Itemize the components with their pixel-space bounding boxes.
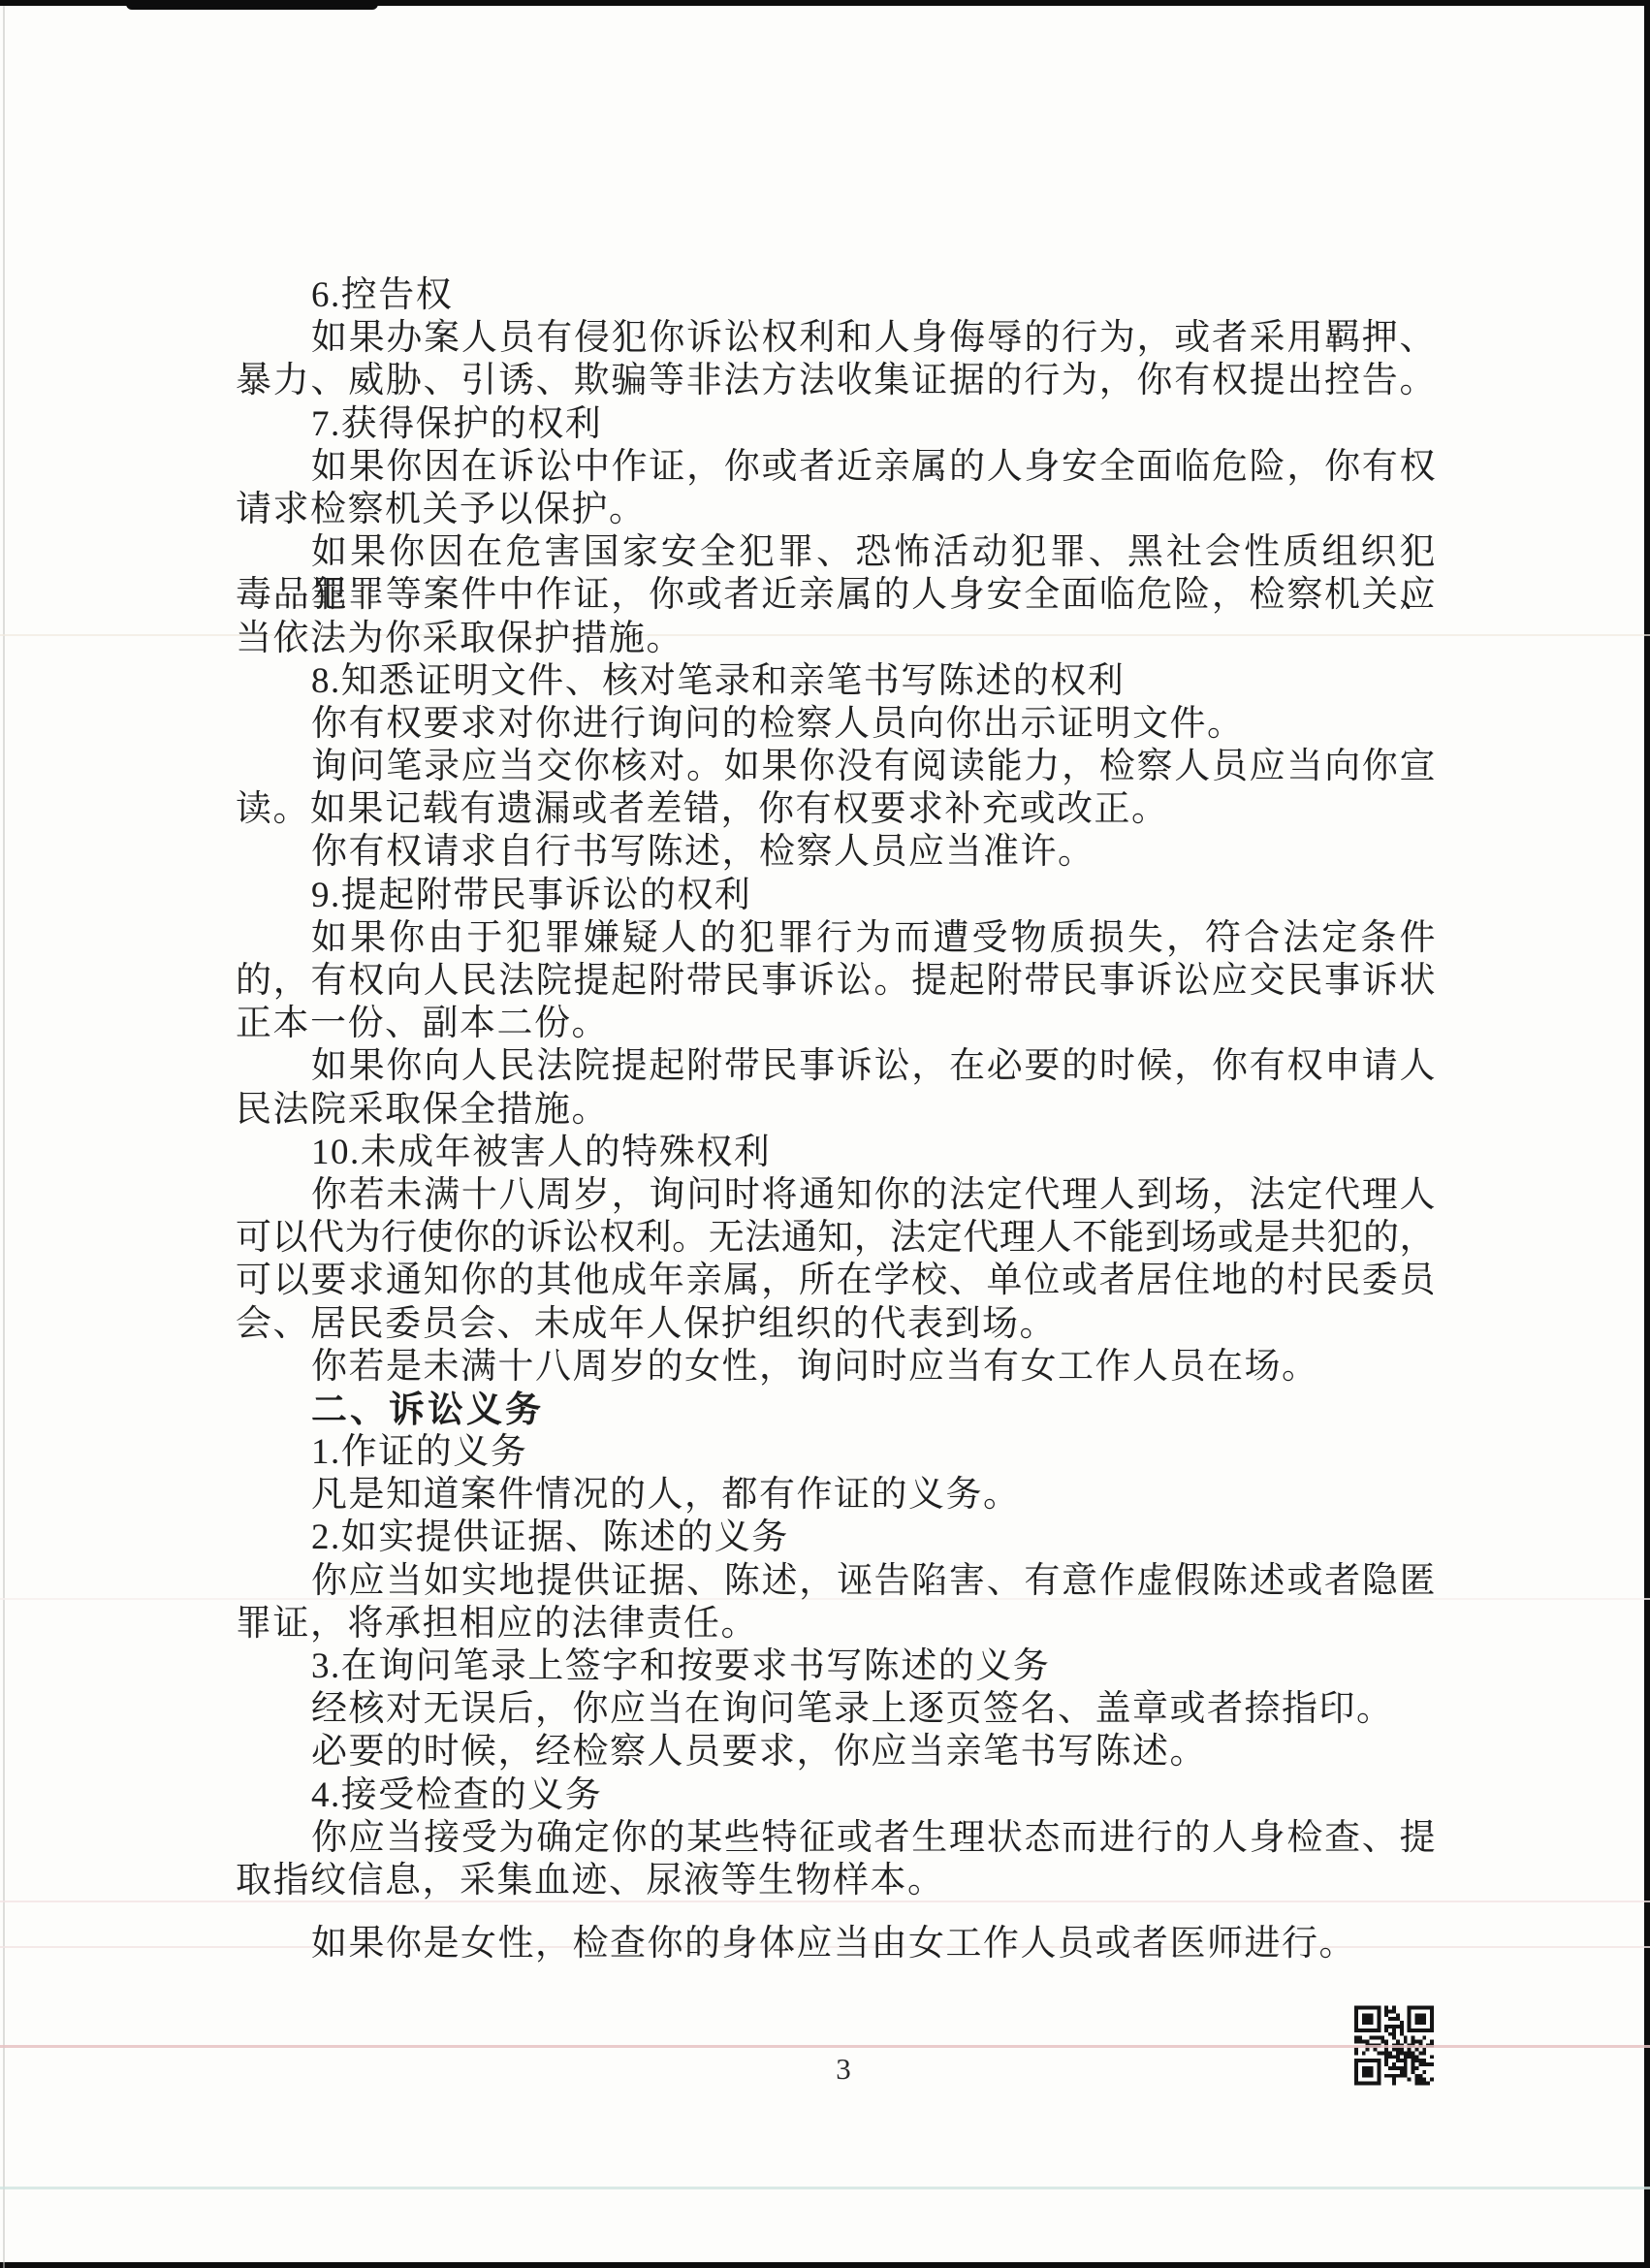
text-line: 取指纹信息，采集血迹、尿液等生物样本。: [236, 1860, 1436, 1902]
text-line: 3.在询问笔录上签字和按要求书写陈述的义务: [236, 1645, 1436, 1688]
scan-edge-left-line: [3, 6, 5, 2268]
text-line: 7.获得保护的权利: [236, 403, 1436, 446]
text-line: 读。如果记载有遗漏或者差错，你有权要求补充或改正。: [236, 788, 1436, 831]
text-line: 暴力、威胁、引诱、欺骗等非法方法收集证据的行为，你有权提出控告。: [236, 360, 1436, 402]
text-line: 当依法为你采取保护措施。: [236, 618, 1436, 660]
text-line: 可以要求通知你的其他成年亲属，所在学校、单位或者居住地的村民委员: [236, 1260, 1436, 1302]
text-line: 你应当如实地提供证据、陈述，诬告陷害、有意作虚假陈述或者隐匿: [236, 1560, 1436, 1603]
text-line: 如果你是女性，检查你的身体应当由女工作人员或者医师进行。: [236, 1923, 1436, 1965]
text-line: 凡是知道案件情况的人，都有作证的义务。: [236, 1474, 1436, 1517]
text-line: 如果你因在危害国家安全犯罪、恐怖活动犯罪、黑社会性质组织犯罪、: [236, 531, 1436, 574]
qr-code-icon: [1354, 2004, 1434, 2087]
text-line: 的，有权向人民法院提起附带民事诉讼。提起附带民事诉讼应交民事诉状: [236, 960, 1436, 1003]
text-line: 6.控告权: [236, 274, 1436, 317]
text-line: 4.接受检查的义务: [236, 1774, 1436, 1817]
text-line: 9.提起附带民事诉讼的权利: [236, 875, 1436, 917]
scan-artifact-line-cyan: [0, 2187, 1650, 2189]
text-line: 2.如实提供证据、陈述的义务: [236, 1517, 1436, 1559]
text-line: 正本一份、副本二份。: [236, 1003, 1436, 1045]
page-number: 3: [776, 2052, 911, 2087]
text-line: 询问笔录应当交你核对。如果你没有阅读能力，检察人员应当向你宣: [236, 746, 1436, 788]
scan-edge-right: [1644, 0, 1650, 2268]
text-line: 必要的时候，经检察人员要求，你应当亲笔书写陈述。: [236, 1731, 1436, 1773]
text-line: 经核对无误后，你应当在询问笔录上逐页签名、盖章或者捺指印。: [236, 1688, 1436, 1731]
text-line: 可以代为行使你的诉讼权利。无法通知，法定代理人不能到场或是共犯的，: [236, 1217, 1436, 1260]
text-line: 你若是未满十八周岁的女性，询问时应当有女工作人员在场。: [236, 1346, 1436, 1389]
scan-edge-top-bulge: [126, 0, 378, 10]
text-line: 你应当接受为确定你的某些特征或者生理状态而进行的人身检查、提: [236, 1817, 1436, 1860]
document-text-block: 6.控告权如果办案人员有侵犯你诉讼权利和人身侮辱的行为，或者采用羁押、暴力、威胁…: [236, 274, 1436, 1965]
text-line: 毒品犯罪等案件中作证，你或者近亲属的人身安全面临危险，检察机关应: [236, 574, 1436, 617]
scanned-document-page: 6.控告权如果办案人员有侵犯你诉讼权利和人身侮辱的行为，或者采用羁押、暴力、威胁…: [0, 0, 1650, 2268]
section-heading: 二、诉讼义务: [236, 1389, 1436, 1431]
text-line: 8.知悉证明文件、核对笔录和亲笔书写陈述的权利: [236, 660, 1436, 703]
text-line: 如果你由于犯罪嫌疑人的犯罪行为而遭受物质损失，符合法定条件: [236, 917, 1436, 960]
text-line: 1.作证的义务: [236, 1431, 1436, 1474]
text-line: 请求检察机关予以保护。: [236, 489, 1436, 531]
text-line: 如果你向人民法院提起附带民事诉讼，在必要的时候，你有权申请人: [236, 1045, 1436, 1088]
text-line: 你有权请求自行书写陈述，检察人员应当准许。: [236, 831, 1436, 874]
text-line: 会、居民委员会、未成年人保护组织的代表到场。: [236, 1303, 1436, 1346]
text-line: 如果你因在诉讼中作证，你或者近亲属的人身安全面临危险，你有权: [236, 446, 1436, 489]
text-line: 10.未成年被害人的特殊权利: [236, 1132, 1436, 1174]
text-line: 民法院采取保全措施。: [236, 1089, 1436, 1132]
scan-edge-bottom: [0, 2262, 1650, 2268]
text-line: 罪证，将承担相应的法律责任。: [236, 1603, 1436, 1645]
text-line: 如果办案人员有侵犯你诉讼权利和人身侮辱的行为，或者采用羁押、: [236, 317, 1436, 360]
text-line: 你有权要求对你进行询问的检察人员向你出示证明文件。: [236, 703, 1436, 746]
text-line: 你若未满十八周岁，询问时将通知你的法定代理人到场，法定代理人: [236, 1174, 1436, 1217]
